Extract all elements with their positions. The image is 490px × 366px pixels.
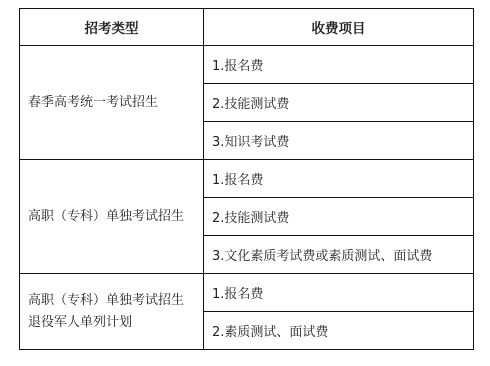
admission-type-line: 高职（专科）单独考试招生 — [28, 290, 195, 312]
fee-item-cell: 3.知识考试费 — [204, 122, 474, 160]
table-row: 高职（专科）单独考试招生 退役军人单列计划 1.报名费 — [20, 274, 474, 312]
admission-type-line: 退役军人单列计划 — [28, 312, 195, 334]
fee-item-cell: 1.报名费 — [204, 274, 474, 312]
admission-type-cell: 春季高考统一考试招生 — [20, 46, 204, 160]
header-row: 招考类型 收费项目 — [20, 9, 474, 46]
table-row: 高职（专科）单独考试招生 1.报名费 — [20, 160, 474, 198]
fee-item-cell: 1.报名费 — [204, 160, 474, 198]
header-fee-items: 收费项目 — [204, 9, 474, 46]
fee-item-cell: 2.技能测试费 — [204, 84, 474, 122]
fee-item-cell: 2.素质测试、面试费 — [204, 312, 474, 350]
admission-type-cell: 高职（专科）单独考试招生 — [20, 160, 204, 274]
fee-item-cell: 2.技能测试费 — [204, 198, 474, 236]
admission-type-cell: 高职（专科）单独考试招生 退役军人单列计划 — [20, 274, 204, 350]
header-admission-type: 招考类型 — [20, 9, 204, 46]
fee-table: 招考类型 收费项目 春季高考统一考试招生 1.报名费 2.技能测试费 3.知识考… — [19, 8, 474, 350]
fee-item-cell: 3.文化素质考试费或素质测试、面试费 — [204, 236, 474, 274]
table-row: 春季高考统一考试招生 1.报名费 — [20, 46, 474, 84]
fee-item-cell: 1.报名费 — [204, 46, 474, 84]
